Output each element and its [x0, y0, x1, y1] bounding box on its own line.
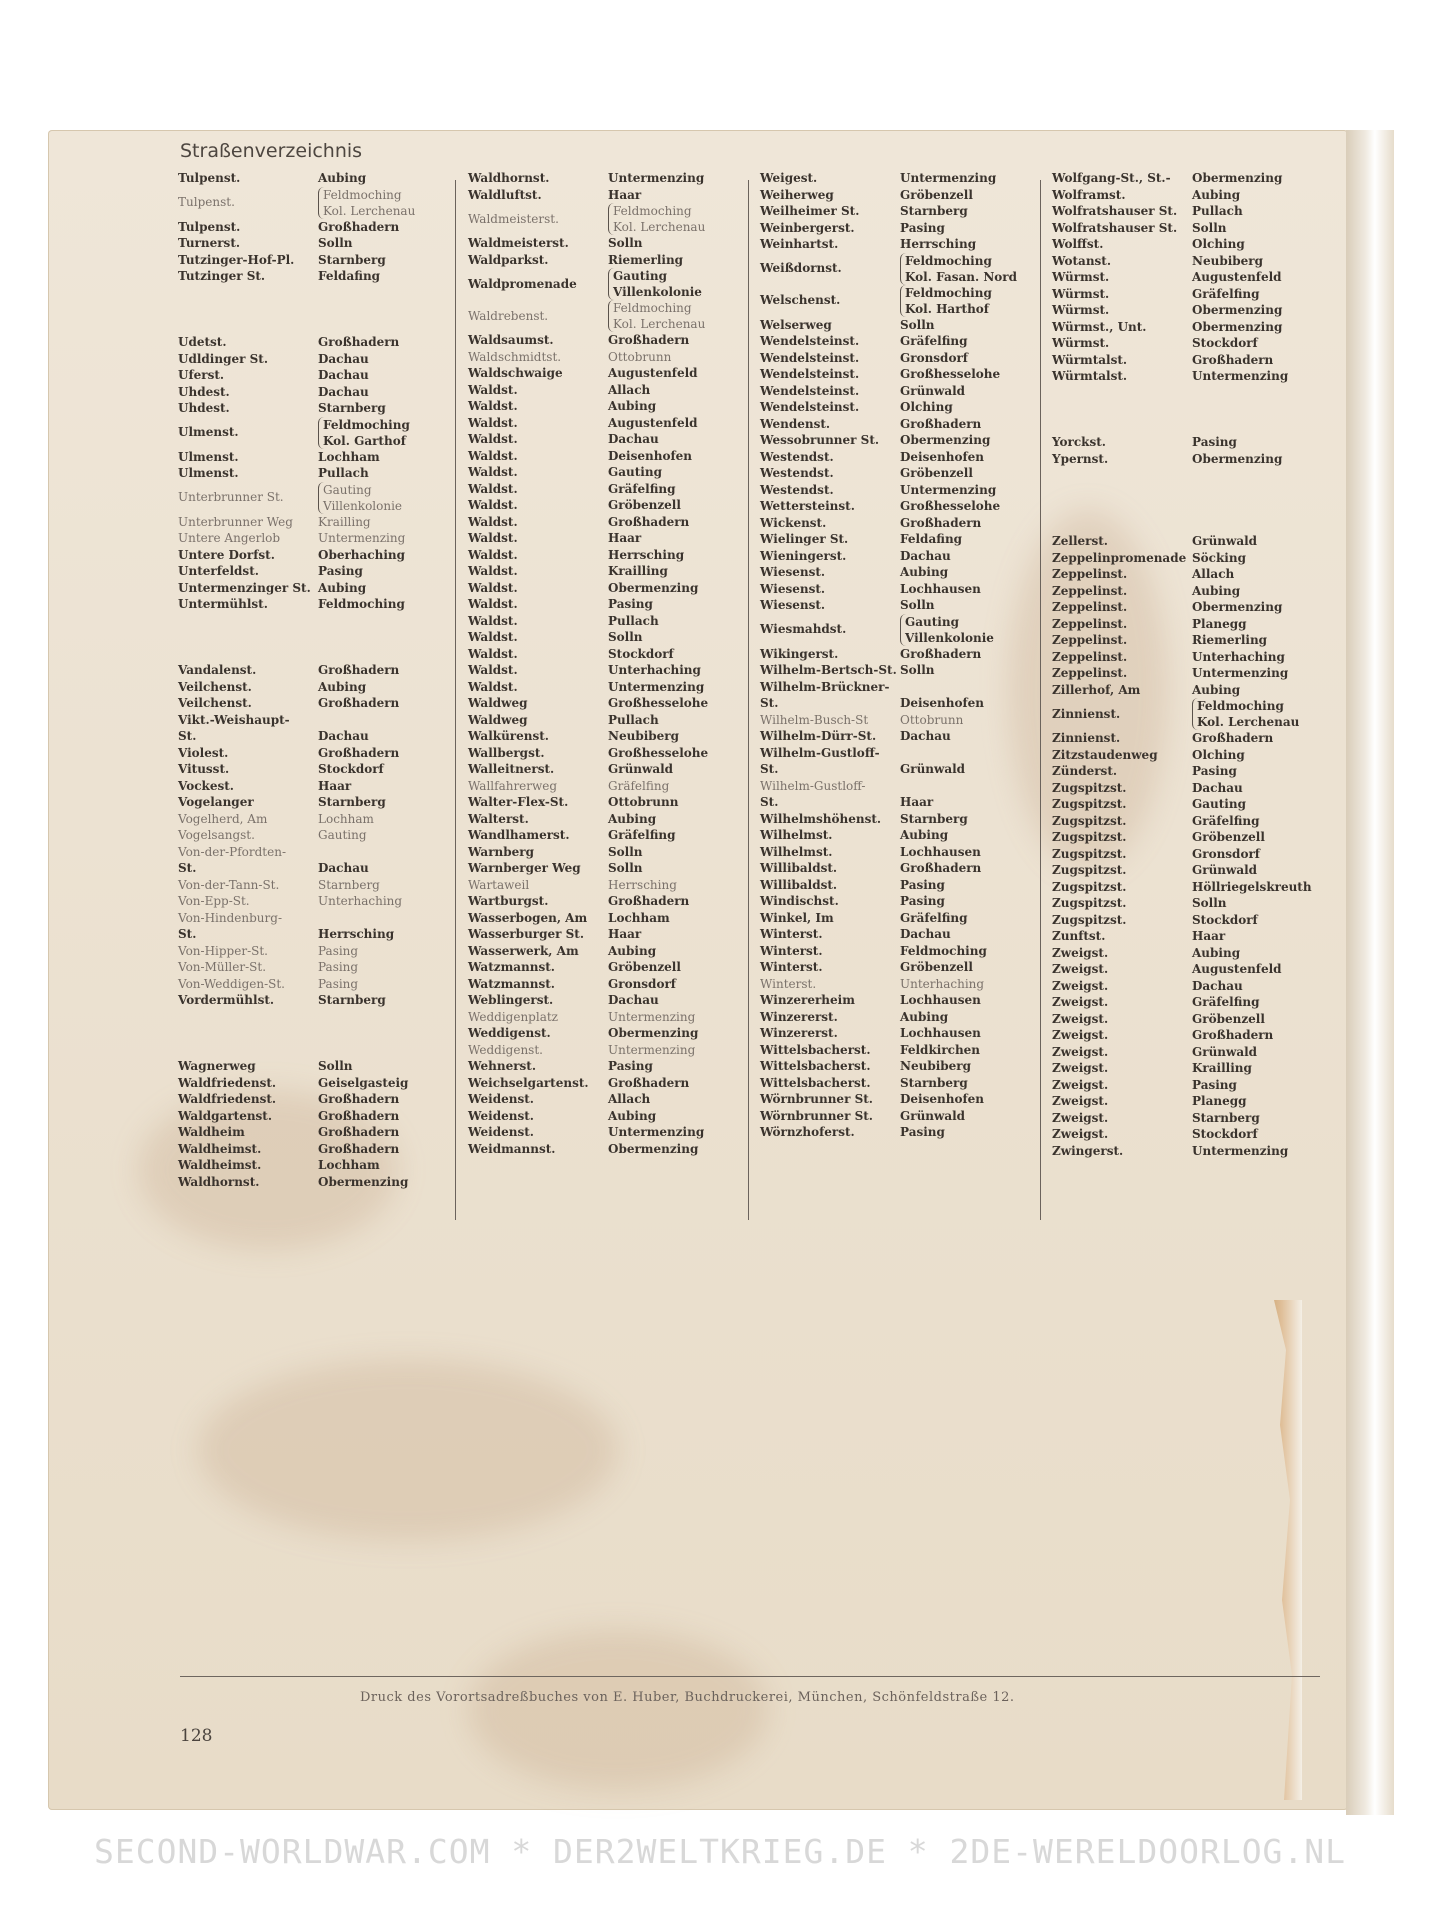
street-name: Weichselgartenst. — [468, 1075, 608, 1092]
street-entry: Vandalenst.Großhadern — [178, 662, 415, 679]
street-entry: WaldheimGroßhadern — [178, 1124, 415, 1141]
district-name: Starnberg — [900, 203, 968, 220]
district-name: Grünwald — [608, 761, 673, 778]
street-name: Wickenst. — [760, 515, 900, 532]
street-entry: Waldst.Herrsching — [468, 547, 708, 564]
street-entry: Walter-Flex-St.Ottobrunn — [468, 794, 708, 811]
district-name: Ottobrunn — [900, 712, 963, 729]
district-name: Großhadern — [608, 1075, 689, 1092]
district-name: Dachau — [608, 431, 659, 448]
street-name: Vockest. — [178, 778, 318, 795]
street-entry: Weichselgartenst.Großhadern — [468, 1075, 708, 1092]
street-name: Ulmenst. — [178, 424, 318, 441]
street-name: Zeppelinst. — [1052, 566, 1192, 583]
street-name: Wallfahrerweg — [468, 778, 608, 795]
street-entry: St.Dachau — [178, 860, 415, 877]
district-name: Unterhaching — [1192, 649, 1285, 666]
street-entry: Waldst.Krailling — [468, 563, 708, 580]
street-name: Violest. — [178, 745, 318, 762]
district-name: Gräfelfing — [900, 910, 968, 927]
street-name: Waldst. — [468, 646, 608, 663]
street-entry: Ulmenst.FeldmochingKol. Garthof — [178, 417, 415, 449]
street-name: Zinnienst. — [1052, 730, 1192, 747]
district-name: Gröbenzell — [608, 959, 681, 976]
street-name: Zugspitzst. — [1052, 862, 1192, 879]
column-divider — [455, 180, 456, 1220]
row-spacer — [1052, 484, 1312, 501]
street-entry: Wolfratshauser St.Solln — [1052, 220, 1312, 237]
district-name: Lochham — [318, 449, 380, 466]
street-name: Wilhelm-Gustloff- — [760, 745, 900, 762]
district-name: Solln — [900, 317, 935, 334]
district-name: Feldmoching — [905, 253, 1017, 269]
street-entry: Vordermühlst.Starnberg — [178, 992, 415, 1009]
district-name: Untermenzing — [608, 170, 704, 187]
street-name: Waldst. — [468, 415, 608, 432]
street-entry: Waldmeisterst.FeldmochingKol. Lerchenau — [468, 203, 708, 235]
district-name: Pasing — [900, 877, 945, 894]
street-entry: Vogelherd, AmLochham — [178, 811, 415, 828]
street-entry: Waldmeisterst.Solln — [468, 235, 708, 252]
street-entry: Vikt.-Weishaupt- — [178, 712, 415, 729]
district-name: Gröbenzell — [608, 497, 681, 514]
row-spacer — [178, 318, 415, 335]
street-name: Untere Angerlob — [178, 530, 318, 547]
street-name: Waldpromenade — [468, 276, 608, 293]
street-name: Waldst. — [468, 398, 608, 415]
street-name: Wilhelm-Bertsch-St. — [760, 662, 900, 679]
street-entry: Weidenst.Untermenzing — [468, 1124, 708, 1141]
street-name: Zugspitzst. — [1052, 829, 1192, 846]
street-name: Zeppelinst. — [1052, 649, 1192, 666]
street-entry: Zugspitzst.Solln — [1052, 895, 1312, 912]
street-name: Zeppelinpromenade — [1052, 550, 1192, 567]
street-name: Wendenst. — [760, 416, 900, 433]
street-entry: WartaweilHerrsching — [468, 877, 708, 894]
column-divider — [748, 180, 749, 1220]
district-name: Stockdorf — [1192, 335, 1258, 352]
district-name: Augustenfeld — [608, 365, 698, 382]
printer-imprint: Druck des Vorortsadreßbuches von E. Hube… — [360, 1690, 1015, 1705]
district-name: Großhadern — [1192, 730, 1273, 747]
street-name: Weidenst. — [468, 1108, 608, 1125]
street-name: Würmst. — [1052, 269, 1192, 286]
street-name: St. — [178, 860, 318, 877]
street-entry: Zweigst.Augustenfeld — [1052, 961, 1312, 978]
street-name: Wehnerst. — [468, 1058, 608, 1075]
street-entry: Wotanst.Neubiberg — [1052, 253, 1312, 270]
district-name: Feldmoching — [318, 596, 405, 613]
district-name: Pasing — [1192, 763, 1237, 780]
street-name: Wilhelmst. — [760, 827, 900, 844]
district-name: Dachau — [1192, 978, 1243, 995]
district-name: Gräfelfing — [1192, 813, 1260, 830]
street-name: Vogelanger — [178, 794, 318, 811]
district-name: Untermenzing — [608, 1009, 695, 1026]
district-name: Aubing — [900, 564, 948, 581]
street-entry: Zugspitzst.Gröbenzell — [1052, 829, 1312, 846]
street-entry: Winterst.Feldmoching — [760, 943, 1017, 960]
street-entry: Untere Dorfst.Oberhaching — [178, 547, 415, 564]
district-name: Grünwald — [900, 761, 965, 778]
street-name: Wilhelmst. — [760, 844, 900, 861]
district-name: Grünwald — [1192, 1044, 1257, 1061]
district-name: Großhadern — [318, 662, 399, 679]
street-name: Zugspitzst. — [1052, 895, 1192, 912]
street-entry: Waldst.Dachau — [468, 431, 708, 448]
street-entry: Waldluftst.Haar — [468, 187, 708, 204]
street-name: Walter-Flex-St. — [468, 794, 608, 811]
street-name: Tulpenst. — [178, 170, 318, 187]
district-name: Kol. Fasan. Nord — [905, 269, 1017, 285]
street-entry: WelserwegSolln — [760, 317, 1017, 334]
street-name: Zugspitzst. — [1052, 813, 1192, 830]
water-stain — [198, 1360, 618, 1540]
street-name: Vitusst. — [178, 761, 318, 778]
street-entry: Wilhelmshöhenst.Starnberg — [760, 811, 1017, 828]
street-entry: Unterbrunner St.GautingVillenkolonie — [178, 482, 415, 514]
street-entry: Zinnienst.Großhadern — [1052, 730, 1312, 747]
row-spacer — [1052, 467, 1312, 484]
street-entry: Zugspitzst.Grünwald — [1052, 862, 1312, 879]
street-name: Wilhelm-Dürr-St. — [760, 728, 900, 745]
district-name: Pasing — [318, 563, 363, 580]
district-name: Dachau — [318, 351, 369, 368]
district-name: Aubing — [318, 170, 366, 187]
street-name: Wilhelm-Busch-St — [760, 712, 900, 729]
street-name: Weidenst. — [468, 1091, 608, 1108]
street-entry: Uhdest.Dachau — [178, 384, 415, 401]
row-spacer — [1052, 401, 1312, 418]
street-entry: Waldfriedenst.Geiselgasteig — [178, 1075, 415, 1092]
district-group: GautingVillenkolonie — [318, 482, 402, 514]
street-entry: Zweigst.Großhadern — [1052, 1027, 1312, 1044]
street-entry: Zweigst.Grünwald — [1052, 1044, 1312, 1061]
district-name: Solln — [608, 629, 643, 646]
street-entry: Waldfriedenst.Großhadern — [178, 1091, 415, 1108]
district-name: Grünwald — [900, 1108, 965, 1125]
street-name: Waldfriedenst. — [178, 1091, 318, 1108]
street-entry: Winkel, ImGräfelfing — [760, 910, 1017, 927]
street-entry: Wallbergst.Großhesselohe — [468, 745, 708, 762]
street-name: Würmtalst. — [1052, 352, 1192, 369]
street-name: Walleitnerst. — [468, 761, 608, 778]
street-name: Zeppelinst. — [1052, 583, 1192, 600]
street-entry: Tulpenst.FeldmochingKol. Lerchenau — [178, 187, 415, 219]
district-name: Olching — [1192, 747, 1245, 764]
district-name: Neubiberg — [608, 728, 679, 745]
district-name: Pasing — [608, 1058, 653, 1075]
district-name: Aubing — [900, 1009, 948, 1026]
street-name: Vogelsangst. — [178, 827, 318, 844]
district-name: Villenkolonie — [613, 284, 702, 300]
street-name: Unterfeldst. — [178, 563, 318, 580]
street-entry: WeddigenplatzUntermenzing — [468, 1009, 708, 1026]
street-name: Waldgartenst. — [178, 1108, 318, 1125]
street-name: Untermühlst. — [178, 596, 318, 613]
street-entry: Tulpenst.Aubing — [178, 170, 415, 187]
street-entry: Waldhornst.Obermenzing — [178, 1174, 415, 1191]
district-name: Aubing — [318, 679, 366, 696]
district-name: Feldmoching — [905, 285, 992, 301]
street-name: Wolfratshauser St. — [1052, 220, 1192, 237]
street-name: Waldsaumst. — [468, 332, 608, 349]
district-name: Starnberg — [900, 1075, 968, 1092]
row-spacer — [178, 1009, 415, 1026]
district-name: Kol. Lerchenau — [323, 203, 415, 219]
street-name: Wielinger St. — [760, 531, 900, 548]
street-entry: Vogelsangst.Gauting — [178, 827, 415, 844]
street-entry: Wilhelm-Gustloff- — [760, 745, 1017, 762]
street-entry: Zeppelinst.Allach — [1052, 566, 1312, 583]
street-name: Winterst. — [760, 959, 900, 976]
street-entry: Zinnienst.FeldmochingKol. Lerchenau — [1052, 698, 1312, 730]
street-entry: Wasserwerk, AmAubing — [468, 943, 708, 960]
district-name: Ottobrunn — [608, 349, 671, 366]
street-entry: Zeppelinst.Untermenzing — [1052, 665, 1312, 682]
district-name: Dachau — [1192, 780, 1243, 797]
street-name: Wagnerweg — [178, 1058, 318, 1075]
district-name: Untermenzing — [900, 170, 996, 187]
street-column-3: Weigest.UntermenzingWeiherwegGröbenzellW… — [760, 170, 1017, 1141]
district-name: Großhadern — [318, 1141, 399, 1158]
street-entry: Wendelsteinst.Grünwald — [760, 383, 1017, 400]
street-name: Zitzstaudenweg — [1052, 747, 1192, 764]
district-name: Feldkirchen — [900, 1042, 980, 1059]
street-name: Uhdest. — [178, 400, 318, 417]
district-name: Grünwald — [1192, 862, 1257, 879]
street-name: Wittelsbacherst. — [760, 1075, 900, 1092]
street-entry: Wandlhamerst.Gräfelfing — [468, 827, 708, 844]
district-name: Olching — [1192, 236, 1245, 253]
street-name: Von-Müller-St. — [178, 959, 318, 976]
street-name: Waldst. — [468, 629, 608, 646]
street-entry: Waldst.Deisenhofen — [468, 448, 708, 465]
street-name: Zunftst. — [1052, 928, 1192, 945]
district-name: Pasing — [1192, 434, 1237, 451]
street-entry: Würmst.Augustenfeld — [1052, 269, 1312, 286]
street-entry: Wolffst.Olching — [1052, 236, 1312, 253]
street-entry: Zweigst.Starnberg — [1052, 1110, 1312, 1127]
street-entry: Wehnerst.Pasing — [468, 1058, 708, 1075]
street-entry: Veilchenst.Großhadern — [178, 695, 415, 712]
row-spacer — [1052, 500, 1312, 517]
street-entry: Wikingerst.Großhadern — [760, 646, 1017, 663]
street-name: Unterbrunner Weg — [178, 514, 318, 531]
district-name: Großhadern — [318, 334, 399, 351]
street-name: Wiesmahdst. — [760, 621, 900, 638]
district-name: Lochhausen — [900, 844, 981, 861]
district-name: Starnberg — [318, 400, 386, 417]
street-name: Winterst. — [760, 943, 900, 960]
street-entry: Von-der-Pfordten- — [178, 844, 415, 861]
district-name: Aubing — [900, 827, 948, 844]
street-name: Winkel, Im — [760, 910, 900, 927]
district-name: Herrsching — [608, 877, 677, 894]
street-entry: Waldst.Obermenzing — [468, 580, 708, 597]
district-name: Gräfelfing — [900, 333, 968, 350]
district-name: Krailling — [1192, 1060, 1252, 1077]
street-entry: Weddigenst.Obermenzing — [468, 1025, 708, 1042]
street-name: Wolfgang-St., St.- — [1052, 170, 1192, 187]
district-name: Starnberg — [1192, 1110, 1260, 1127]
district-name: Haar — [1192, 928, 1225, 945]
street-entry: Zeppelinst.Unterhaching — [1052, 649, 1312, 666]
street-name: Wilhelm-Brückner- — [760, 679, 900, 696]
street-name: Watzmannst. — [468, 976, 608, 993]
row-spacer — [178, 1042, 415, 1059]
district-name: Obermenzing — [608, 1141, 698, 1158]
street-entry: Zweigst.Planegg — [1052, 1093, 1312, 1110]
district-name: Gronsdorf — [900, 350, 968, 367]
district-name: Lochham — [608, 910, 670, 927]
district-name: Untermenzing — [1192, 368, 1288, 385]
row-spacer — [1052, 517, 1312, 534]
street-entry: Zunftst.Haar — [1052, 928, 1312, 945]
street-entry: Waldheimst.Lochham — [178, 1157, 415, 1174]
street-entry: Winzererst.Lochhausen — [760, 1025, 1017, 1042]
district-name: Herrsching — [608, 547, 684, 564]
street-name: Waldmeisterst. — [468, 235, 608, 252]
district-name: Dachau — [318, 367, 369, 384]
street-name: Weblingerst. — [468, 992, 608, 1009]
district-name: Gräfelfing — [608, 481, 676, 498]
street-name: Zweigst. — [1052, 961, 1192, 978]
street-name: Waldst. — [468, 497, 608, 514]
street-entry: Zweigst.Aubing — [1052, 945, 1312, 962]
street-name: Wartburgst. — [468, 893, 608, 910]
street-entry: Ypernst.Obermenzing — [1052, 451, 1312, 468]
street-name: Willibaldst. — [760, 860, 900, 877]
street-name: Wilhelmshöhenst. — [760, 811, 900, 828]
street-entry: Zugspitzst.Gräfelfing — [1052, 813, 1312, 830]
street-name: Waldhornst. — [178, 1174, 318, 1191]
street-name: Wittelsbacherst. — [760, 1058, 900, 1075]
street-name: Wiesenst. — [760, 581, 900, 598]
district-name: Großhadern — [1192, 352, 1273, 369]
street-name: Wiesenst. — [760, 564, 900, 581]
street-entry: Waldhornst.Untermenzing — [468, 170, 708, 187]
street-name: Zweigst. — [1052, 1110, 1192, 1127]
street-name: Westendst. — [760, 449, 900, 466]
street-entry: Yorckst.Pasing — [1052, 434, 1312, 451]
street-entry: Welschenst.FeldmochingKol. Harthof — [760, 285, 1017, 317]
street-entry: Wendelsteinst.Gräfelfing — [760, 333, 1017, 350]
street-entry: Wendelsteinst.Gronsdorf — [760, 350, 1017, 367]
district-name: Untermenzing — [318, 530, 405, 547]
street-entry: Waldsaumst.Großhadern — [468, 332, 708, 349]
district-name: Aubing — [608, 943, 656, 960]
street-entry: Waldst.Unterhaching — [468, 662, 708, 679]
street-name: Weddigenplatz — [468, 1009, 608, 1026]
street-entry: VogelangerStarnberg — [178, 794, 415, 811]
street-entry: Zeppelinst.Aubing — [1052, 583, 1312, 600]
street-name: Zugspitzst. — [1052, 879, 1192, 896]
district-name: Kol. Lerchenau — [613, 219, 705, 235]
street-name: Waldheimst. — [178, 1157, 318, 1174]
district-name: Haar — [900, 794, 933, 811]
footer-rule — [180, 1676, 1320, 1677]
street-name: Veilchenst. — [178, 679, 318, 696]
street-entry: Wilhelm-Bertsch-St.Solln — [760, 662, 1017, 679]
street-entry: Vitusst.Stockdorf — [178, 761, 415, 778]
street-entry: Weigest.Untermenzing — [760, 170, 1017, 187]
district-name: Lochhausen — [900, 581, 981, 598]
district-name: Herrsching — [318, 926, 394, 943]
district-name: Villenkolonie — [905, 630, 994, 646]
district-name: Pasing — [318, 976, 358, 993]
street-name: Tulpenst. — [178, 219, 318, 236]
district-name: Aubing — [1192, 583, 1240, 600]
district-name: Großhesselohe — [900, 498, 1000, 515]
street-name: Waldst. — [468, 431, 608, 448]
district-group: FeldmochingKol. Harthof — [900, 285, 992, 317]
district-name: Aubing — [1192, 682, 1240, 699]
district-name: Pullach — [608, 613, 659, 630]
street-entry: Watzmannst.Gronsdorf — [468, 976, 708, 993]
street-entry: Zugspitzst.Gronsdorf — [1052, 846, 1312, 863]
street-name: Waldfriedenst. — [178, 1075, 318, 1092]
district-name: Großhadern — [608, 514, 689, 531]
district-name: Obermenzing — [1192, 451, 1282, 468]
street-name: Von-der-Tann-St. — [178, 877, 318, 894]
street-entry: Zeppelinst.Obermenzing — [1052, 599, 1312, 616]
district-group: FeldmochingKol. Lerchenau — [608, 300, 705, 332]
street-name: Ulmenst. — [178, 449, 318, 466]
district-name: Feldmoching — [323, 187, 415, 203]
district-name: Gauting — [905, 614, 994, 630]
district-name: Deisenhofen — [608, 448, 692, 465]
street-entry: Wittelsbacherst.Starnberg — [760, 1075, 1017, 1092]
street-name: Waldhornst. — [468, 170, 608, 187]
district-name: Gröbenzell — [900, 465, 973, 482]
street-entry: Winterst.Unterhaching — [760, 976, 1017, 993]
district-name: Pasing — [900, 893, 945, 910]
street-entry: Von-Weddigen-St.Pasing — [178, 976, 415, 993]
street-entry: Waldst.Augustenfeld — [468, 415, 708, 432]
street-name: Wallbergst. — [468, 745, 608, 762]
row-spacer — [178, 301, 415, 318]
street-entry: St.Dachau — [178, 728, 415, 745]
district-group: FeldmochingKol. Fasan. Nord — [900, 253, 1017, 285]
district-name: Geiselgasteig — [318, 1075, 408, 1092]
street-name: Wendelsteinst. — [760, 333, 900, 350]
street-entry: Zweigst.Gröbenzell — [1052, 1011, 1312, 1028]
street-name: Zweigst. — [1052, 994, 1192, 1011]
district-name: Gauting — [323, 482, 402, 498]
street-name: Waldst. — [468, 448, 608, 465]
street-entry: Waldst.Gräfelfing — [468, 481, 708, 498]
street-entry: Unterfeldst.Pasing — [178, 563, 415, 580]
district-name: Gräfelfing — [608, 827, 676, 844]
district-name: Großhesselohe — [608, 695, 708, 712]
street-name: Waldst. — [468, 464, 608, 481]
district-name: Haar — [608, 530, 641, 547]
street-entry: Zünderst.Pasing — [1052, 763, 1312, 780]
street-name: Waldweg — [468, 712, 608, 729]
street-entry: Zweigst.Krailling — [1052, 1060, 1312, 1077]
district-name: Obermenzing — [1192, 599, 1282, 616]
district-name: Großhadern — [318, 1108, 399, 1125]
district-name: Feldafing — [900, 531, 962, 548]
district-name: Starnberg — [318, 252, 386, 269]
district-name: Haar — [608, 926, 641, 943]
street-name: Warnberger Weg — [468, 860, 608, 877]
street-entry: Wilhelmst.Lochhausen — [760, 844, 1017, 861]
district-name: Großhadern — [318, 1091, 399, 1108]
street-name: Würmst. — [1052, 335, 1192, 352]
street-entry: St.Grünwald — [760, 761, 1017, 778]
